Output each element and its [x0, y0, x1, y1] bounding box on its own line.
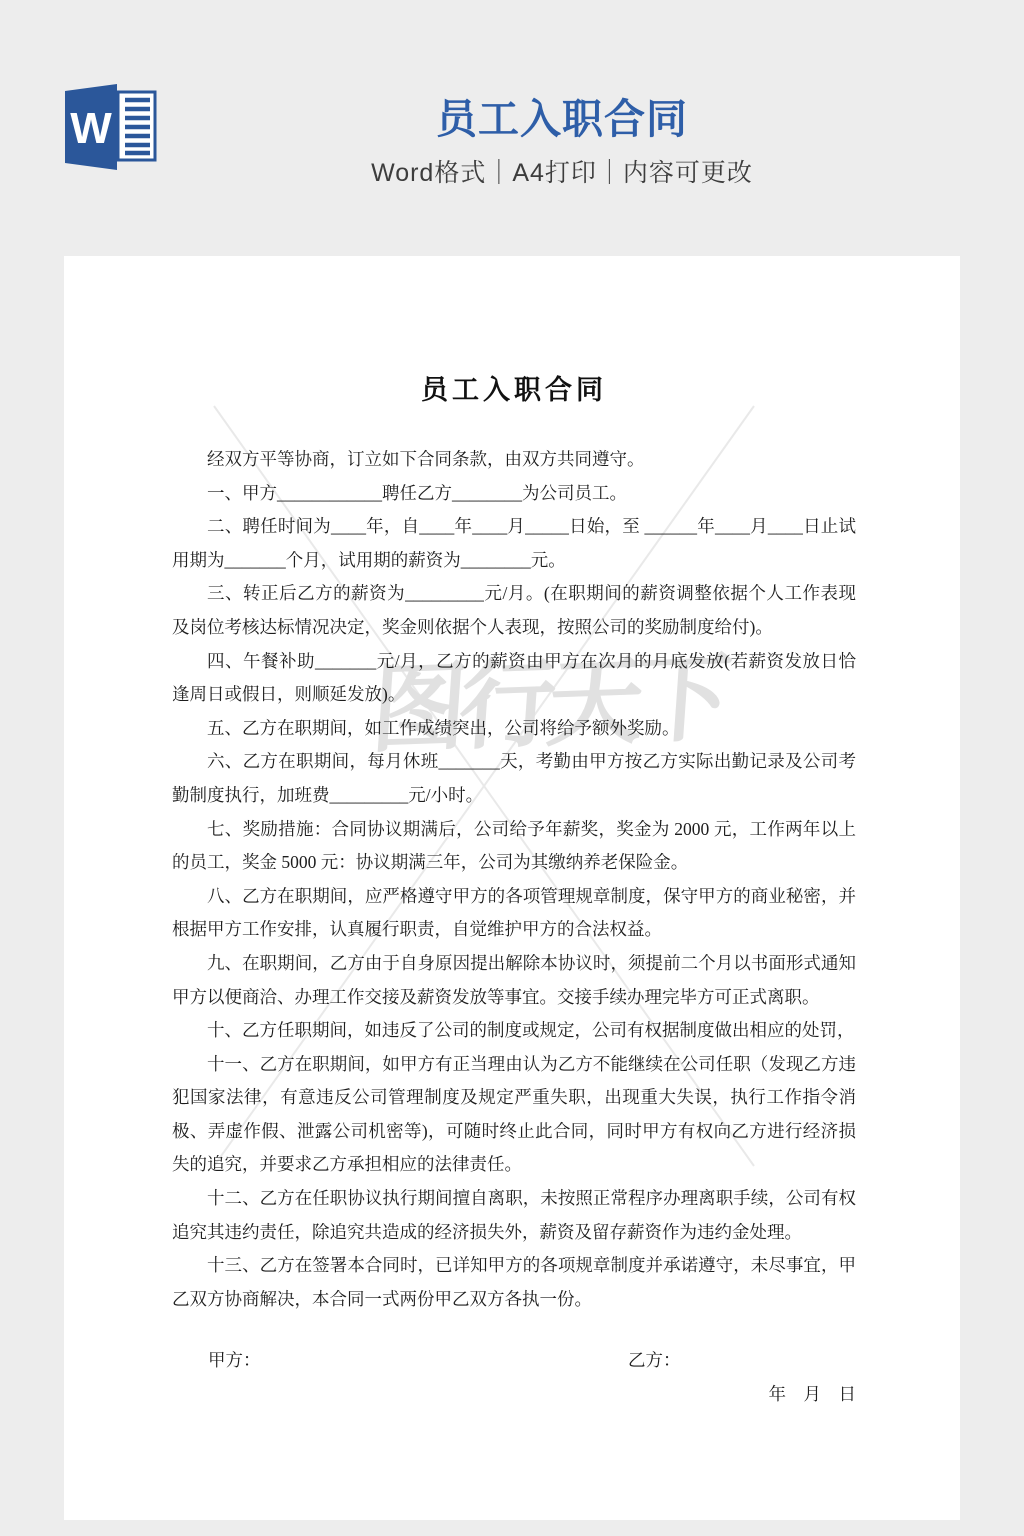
document-title: 员工入职合同 [172, 368, 856, 407]
party-a-signature-label: 甲方： [208, 1350, 261, 1370]
header-title: 员工入职合同 [50, 86, 1024, 145]
header-subtitle: Word格式｜A4打印｜内容可更改 [50, 153, 1024, 189]
paragraph-clause-10: 十、乙方任职期间，如违反了公司的制度或规定，公司有权据制度做出相应的处罚， [172, 1014, 856, 1048]
signature-row: 甲方： 乙方： [172, 1344, 856, 1378]
paragraph-clause-2: 二、聘任时间为____年，自____年____月_____日始，至 ______… [172, 510, 856, 577]
paragraph-clause-11: 十一、乙方在职期间，如甲方有正当理由认为乙方不能继续在公司任职（发现乙方违犯国家… [172, 1048, 856, 1182]
paragraph-clause-8: 八、乙方在职期间，应严格遵守甲方的各项管理规章制度，保守甲方的商业秘密，并根据甲… [172, 880, 856, 947]
paragraph-clause-3: 三、转正后乙方的薪资为_________元/月。(在职期间的薪资调整依据个人工作… [172, 577, 856, 644]
paragraph-clause-5: 五、乙方在职期间，如工作成绩突出，公司将给予额外奖励。 [172, 712, 856, 746]
contract-body: 经双方平等协商，订立如下合同条款，由双方共同遵守。 一、甲方__________… [172, 443, 856, 1316]
template-header: W 员工入职合同 Word格式｜A4打印｜内容可更改 [0, 0, 1024, 256]
paragraph-intro: 经双方平等协商，订立如下合同条款，由双方共同遵守。 [172, 443, 856, 477]
paragraph-clause-13: 十三、乙方在签署本合同时，已详知甲方的各项规章制度并承诺遵守，未尽事宜，甲乙双方… [172, 1249, 856, 1316]
paragraph-clause-12: 十二、乙方在任职协议执行期间擅自离职，未按照正常程序办理离职手续，公司有权追究其… [172, 1182, 856, 1249]
document-page: 图行天下 员工入职合同 经双方平等协商，订立如下合同条款，由双方共同遵守。 一、… [64, 256, 960, 1520]
contract-content: 员工入职合同 经双方平等协商，订立如下合同条款，由双方共同遵守。 一、甲方___… [64, 256, 960, 1412]
paragraph-clause-7: 七、奖励措施：合同协议期满后，公司给予年薪奖，奖金为 2000 元，工作两年以上… [172, 813, 856, 880]
date-line: 年 月 日 [172, 1378, 856, 1412]
paragraph-clause-4: 四、午餐补助_______元/月，乙方的薪资由甲方在次月的月底发放(若薪资发放日… [172, 645, 856, 712]
paragraph-clause-6: 六、乙方在职期间，每月休班_______天，考勤由甲方按乙方实际出勤记录及公司考… [172, 745, 856, 812]
paragraph-clause-9: 九、在职期间，乙方由于自身原因提出解除本协议时，须提前二个月以书面形式通知甲方以… [172, 947, 856, 1014]
party-b-signature-label: 乙方： [628, 1344, 681, 1378]
paragraph-clause-1: 一、甲方____________聘任乙方________为公司员工。 [172, 477, 856, 511]
